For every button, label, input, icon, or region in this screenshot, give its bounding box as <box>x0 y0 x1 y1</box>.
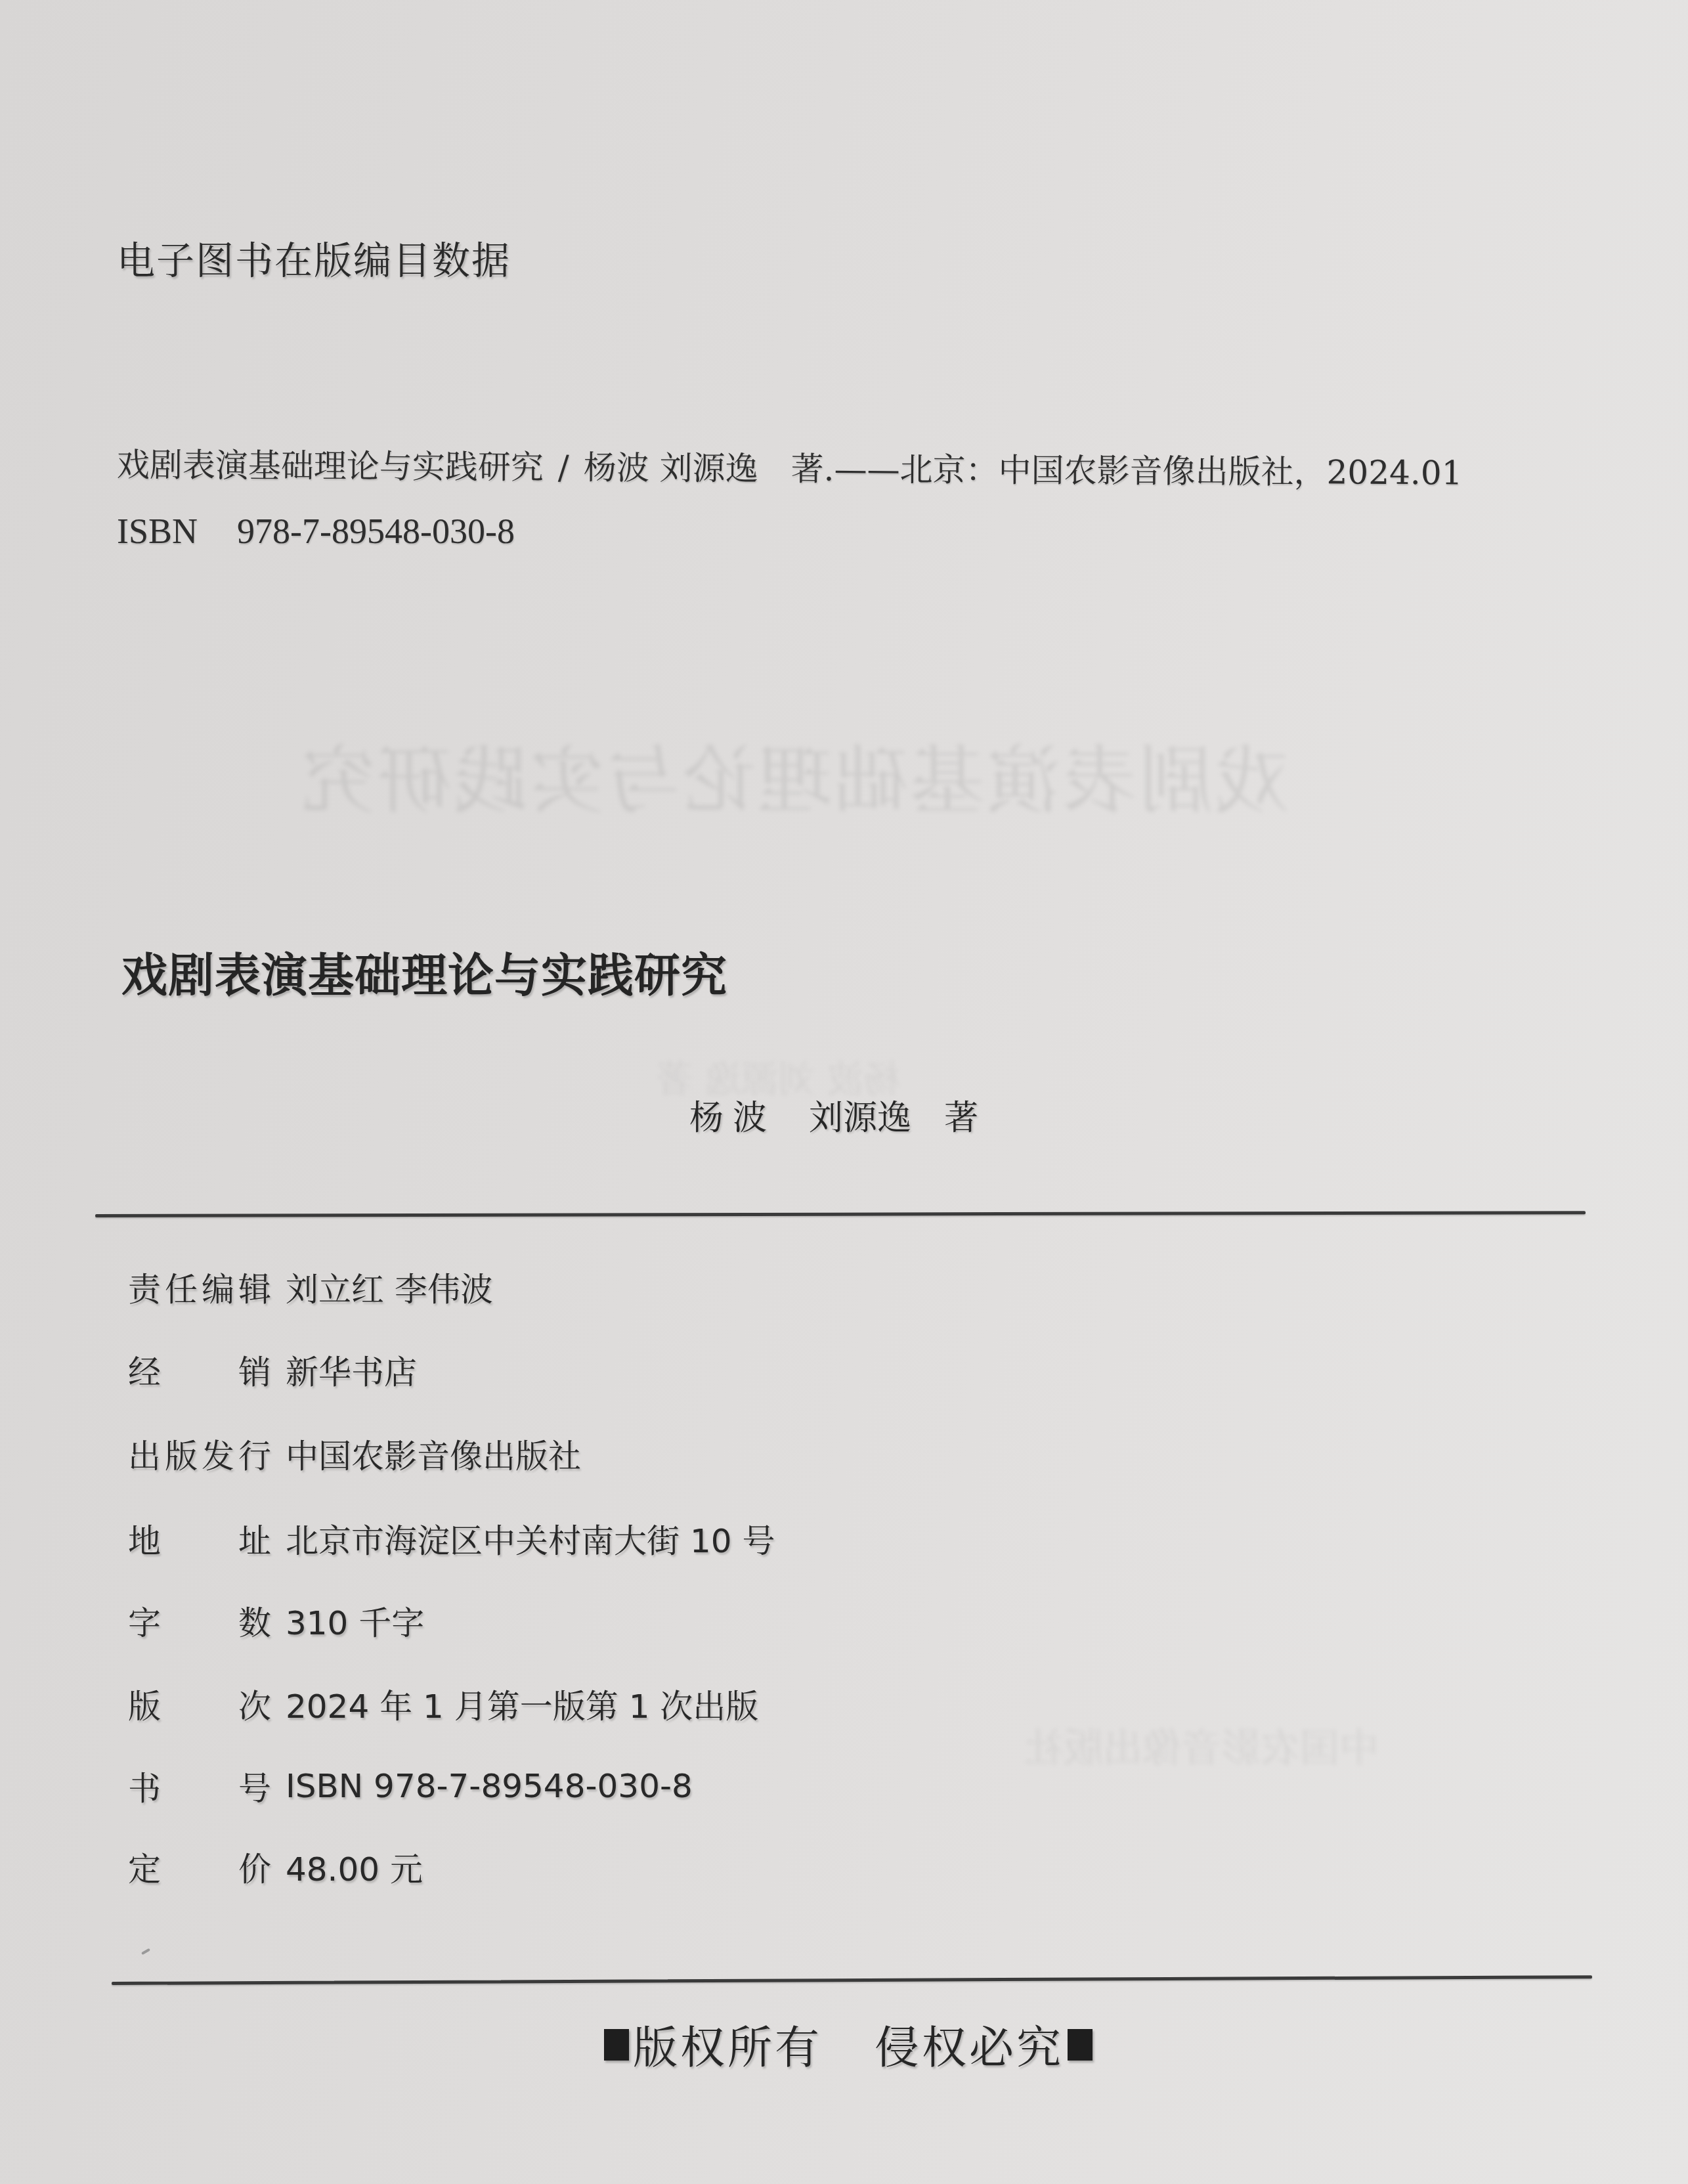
book-title: 戏剧表演基础理论与实践研究 <box>121 939 727 1005</box>
detail-row-price: 定价 48.00 元 <box>128 1844 423 1890</box>
cip-book-title: 戏剧表演基础理论与实践研究 <box>117 446 544 487</box>
show-through-title: 戏剧表演基础理论与实践研究 <box>299 722 1289 828</box>
detail-row-editor: 责任编辑 刘立红 李伟波 <box>128 1264 493 1310</box>
detail-label: 责任编辑 <box>128 1263 271 1311</box>
detail-value-publisher: 中国农影音像出版社 <box>286 1430 581 1477</box>
detail-value-address: 北京市海淀区中关村南大街 10 号 <box>286 1515 775 1562</box>
detail-value-word-count: 310 千字 <box>286 1597 424 1644</box>
detail-label: 经销 <box>128 1346 271 1393</box>
detail-row-address: 地址 北京市海淀区中关村南大街 10 号 <box>128 1516 775 1562</box>
detail-label: 出版发行 <box>128 1430 271 1477</box>
cip-isbn-line: ISBN978-7-89548-030-8 <box>117 511 515 552</box>
book-authors: 杨波刘源逸著 <box>689 1090 978 1139</box>
author-role: 著 <box>944 1099 978 1138</box>
detail-value-isbn: ISBN 978-7-89548-030-8 <box>286 1767 693 1805</box>
detail-value-distributor: 新华书店 <box>286 1346 417 1393</box>
cip-authors: 杨波 刘源逸 <box>584 448 758 488</box>
black-square-icon <box>604 2029 629 2061</box>
cip-separator: / <box>558 448 569 487</box>
copyright-notice: 版权所有 侵权必究 <box>604 2013 1093 2076</box>
black-square-icon <box>1068 2029 1093 2061</box>
detail-row-publisher: 出版发行 中国农影音像出版社 <box>128 1431 581 1477</box>
detail-value-edition: 2024 年 1 月第一版第 1 次出版 <box>286 1680 758 1728</box>
cip-header: 电子图书在版编目数据 <box>117 230 511 285</box>
detail-label: 字数 <box>128 1597 271 1644</box>
show-through-publisher: 中国农影音像出版社 <box>1024 1717 1379 1774</box>
cip-dash: —— <box>834 450 899 489</box>
detail-label: 书号 <box>128 1762 271 1810</box>
detail-row-word-count: 字数 310 千字 <box>128 1598 424 1644</box>
detail-label: 地址 <box>128 1515 271 1562</box>
paper-speck <box>141 1948 150 1955</box>
cip-responsibility: 著. <box>791 450 834 488</box>
detail-row-distributor: 经销 新华书店 <box>128 1347 417 1393</box>
detail-label: 定价 <box>128 1843 271 1890</box>
cip-place: 北京： <box>899 450 998 489</box>
divider-bottom <box>112 1975 1592 1985</box>
author-1: 杨波 <box>689 1099 776 1138</box>
detail-label: 版次 <box>128 1680 271 1728</box>
detail-row-isbn: 书号 ISBN 978-7-89548-030-8 <box>128 1763 693 1809</box>
author-2: 刘源逸 <box>809 1099 911 1138</box>
copyright-page: 电子图书在版编目数据 戏剧表演基础理论与实践研究/杨波 刘源逸著.——北京：中国… <box>0 0 1688 2184</box>
infringement-notice: 侵权必究 <box>875 2013 1064 2076</box>
cip-record-line: 戏剧表演基础理论与实践研究/杨波 刘源逸著.——北京：中国农影音像出版社，202… <box>117 439 1463 494</box>
cip-publisher-year: 中国农影音像出版社，2024.01 <box>998 451 1462 492</box>
detail-value-editor: 刘立红 李伟波 <box>286 1263 493 1311</box>
divider-top <box>95 1211 1586 1217</box>
cip-isbn-label: ISBN <box>117 512 198 551</box>
cip-isbn-value: 978-7-89548-030-8 <box>237 512 515 551</box>
copyright-reserved: 版权所有 <box>633 2013 822 2076</box>
detail-value-price: 48.00 元 <box>286 1843 423 1890</box>
detail-row-edition: 版次 2024 年 1 月第一版第 1 次出版 <box>128 1681 758 1727</box>
